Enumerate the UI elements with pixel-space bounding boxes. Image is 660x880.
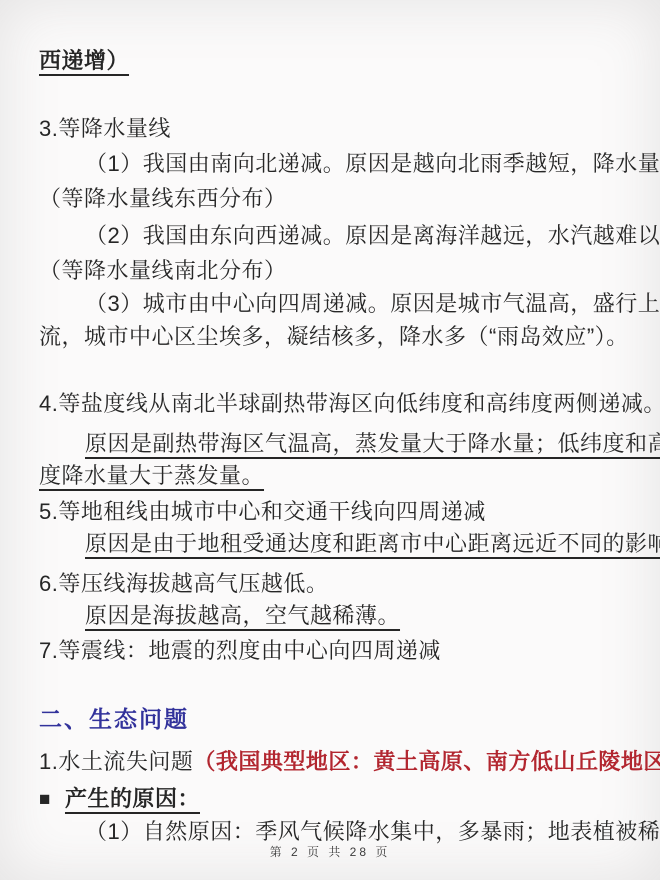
document-page: 西递增） 3.等降水量线 （1）我国由南向北递减。原因是越向北雨季越短，降水量越… <box>0 0 660 880</box>
item3-sub1-line2: （等降水量线东西分布） <box>39 184 630 214</box>
item4-line: 4.等盐度线从南北半球副热带海区向低纬度和高纬度两侧递减。 <box>39 389 630 419</box>
item3-sub2-line2: （等降水量线南北分布） <box>39 256 630 286</box>
page-number-footer: 第 2 页 共 28 页 <box>0 843 660 860</box>
item5-line: 5.等地租线由城市中心和交通干线向四周递减 <box>39 497 630 527</box>
causes-heading: ■产生的原因： <box>39 784 630 815</box>
soil-erosion-label: 1.水土流失问题 <box>39 749 193 774</box>
item3-sub3-line1: （3）城市由中心向四周递减。原因是城市气温高，盛行上升气 <box>85 289 630 319</box>
item3-sub2-line1: （2）我国由东向西递减。原因是离海洋越远，水汽越难以到达。 <box>85 221 630 251</box>
item6-reason-line: 原因是海拔越高，空气越稀薄。 <box>85 601 630 631</box>
item4-reason-line1: 原因是副热带海区气温高，蒸发量大于降水量；低纬度和高纬 <box>85 429 630 459</box>
item6-line: 6.等压线海拔越高气压越低。 <box>39 569 630 599</box>
soil-erosion-typical-regions: （我国典型地区：黄土高原、南方低山丘陵地区） <box>193 749 660 774</box>
causes-label: 产生的原因： <box>65 786 200 811</box>
item5-reason-line: 原因是由于地租受通达度和距离市中心距离远近不同的影响。 <box>85 529 630 559</box>
item3-title: 3.等降水量线 <box>39 114 630 144</box>
carryover-line: 西递增） <box>39 46 630 76</box>
soil-erosion-heading: 1.水土流失问题（我国典型地区：黄土高原、南方低山丘陵地区） <box>39 747 630 777</box>
item4-reason-line2: 度降水量大于蒸发量。 <box>39 461 630 491</box>
ecology-section-heading: 二、生态问题 <box>39 704 630 734</box>
item3-sub3-line2: 流，城市中心区尘埃多，凝结核多，降水多（“雨岛效应”）。 <box>39 322 630 352</box>
square-bullet-icon: ■ <box>39 785 51 815</box>
item7-line: 7.等震线：地震的烈度由中心向四周递减 <box>39 636 630 666</box>
item3-sub1-line1: （1）我国由南向北递减。原因是越向北雨季越短，降水量越少。 <box>85 149 630 179</box>
